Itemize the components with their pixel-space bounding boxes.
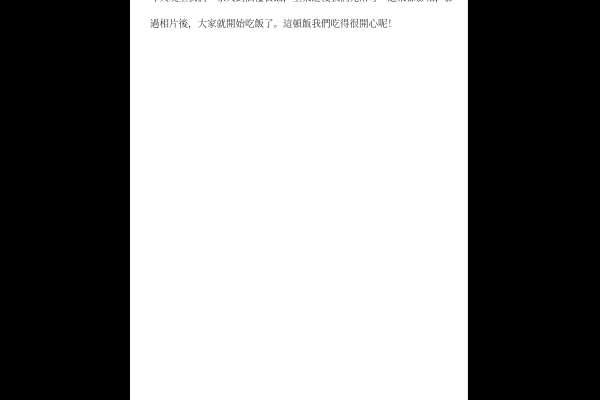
black-letterbox-background: 今天晚上我們一家人到酒樓食飯，上菜之後我們先幫每一道菜都影相，影 過相片後，大家…: [0, 0, 600, 400]
post-line-visible: 過相片後，大家就開始吃飯了。這頓飯我們吃得很開心呢！: [150, 12, 455, 38]
page-content-area: 今天晚上我們一家人到酒樓食飯，上菜之後我們先幫每一道菜都影相，影 過相片後，大家…: [130, 0, 468, 400]
post-paragraph: 今天晚上我們一家人到酒樓食飯，上菜之後我們先幫每一道菜都影相，影 過相片後，大家…: [130, 0, 467, 38]
post-line-clipped-top: 今天晚上我們一家人到酒樓食飯，上菜之後我們先幫每一道菜都影相，影: [150, 0, 455, 12]
